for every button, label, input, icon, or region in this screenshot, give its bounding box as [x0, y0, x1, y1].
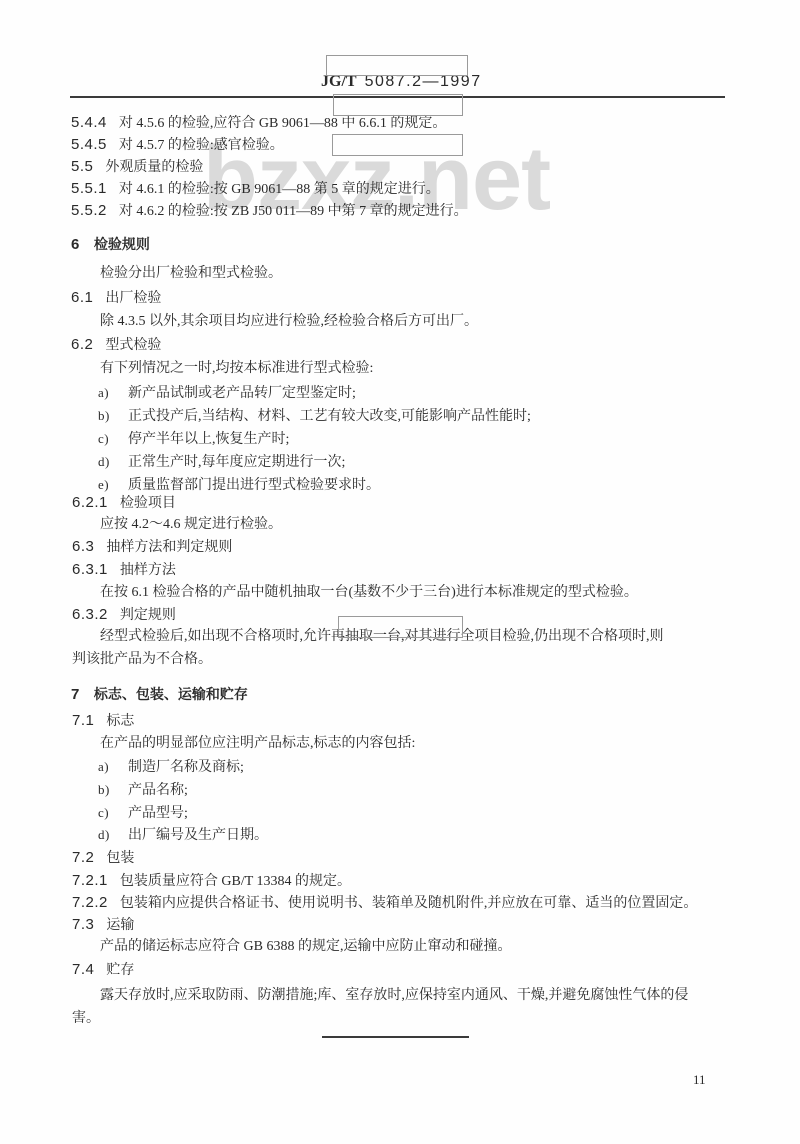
clause-text: 贮存	[106, 963, 134, 978]
paragraph: 产品的储运标志应符合 GB 6388 的规定,运输中应防止窜动和碰撞。	[100, 938, 511, 956]
clause-text: 对 4.6.1 的检验:按 GB 9061—88 第 5 章的规定进行。	[119, 182, 440, 197]
clause-7-1: 7.1标志	[72, 712, 134, 731]
clause-text: 抽样方法和判定规则	[106, 540, 232, 555]
clause-text: 对 4.6.2 的检验:按 ZB J50 011—89 中第 7 章的规定进行。	[119, 204, 468, 219]
document-page: bzxz.net JG/T5087.2—1997 5.4.4对 4.5.6 的检…	[0, 0, 800, 1144]
list-item: a)制造厂名称及商标;	[98, 758, 244, 777]
list-item: b)正式投产后,当结构、材料、工艺有较大改变,可能影响产品性能时;	[98, 407, 531, 426]
list-text: 停产半年以上,恢复生产时;	[128, 432, 289, 447]
clause-7-3: 7.3运输	[72, 916, 134, 935]
clause-5-4-5: 5.4.5对 4.5.7 的检验:感官检验。	[71, 136, 284, 155]
list-marker: b)	[98, 781, 128, 799]
clause-6-2-1: 6.2.1检验项目	[72, 494, 176, 513]
clause-number: 6.3.1	[72, 561, 108, 578]
list-text: 产品名称;	[128, 783, 188, 798]
chapter-number: 6	[71, 236, 80, 253]
clause-number: 5.5	[71, 158, 93, 175]
clause-number: 7.2	[72, 849, 94, 866]
clause-7-2: 7.2包装	[72, 849, 134, 868]
clause-7-2-1: 7.2.1包装质量应符合 GB/T 13384 的规定。	[72, 872, 351, 891]
clause-number: 6.3	[72, 538, 94, 555]
list-text: 正常生产时,每年度应定期进行一次;	[128, 455, 345, 470]
clause-text: 型式检验	[105, 338, 161, 353]
chapter-6-heading: 6检验规则	[71, 236, 150, 255]
clause-number: 6.1	[71, 289, 93, 306]
list-item: c)产品型号;	[98, 804, 188, 823]
paragraph: 除 4.3.5 以外,其余项目均应进行检验,经检验合格后方可出厂。	[100, 313, 478, 331]
clause-5-5-1: 5.5.1对 4.6.1 的检验:按 GB 9061—88 第 5 章的规定进行…	[71, 180, 440, 199]
list-item: a)新产品试制或老产品转厂定型鉴定时;	[98, 384, 356, 403]
list-text: 出厂编号及生产日期。	[128, 828, 268, 843]
paragraph: 在产品的明显部位应注明产品标志,标志的内容包括:	[100, 735, 415, 753]
clause-text: 标志	[106, 714, 134, 729]
clause-text: 抽样方法	[120, 563, 176, 578]
clause-5-5-2: 5.5.2对 4.6.2 的检验:按 ZB J50 011—89 中第 7 章的…	[71, 202, 468, 221]
clause-text: 运输	[106, 918, 134, 933]
clause-6-2: 6.2型式检验	[71, 336, 161, 355]
list-text: 制造厂名称及商标;	[128, 760, 244, 775]
clause-number: 7.1	[72, 712, 94, 729]
paragraph: 露天存放时,应采取防雨、防潮措施;库、室存放时,应保持室内通风、干燥,并避免腐蚀…	[100, 987, 688, 1005]
clause-6-3-2: 6.3.2判定规则	[72, 606, 176, 625]
list-text: 新产品试制或老产品转厂定型鉴定时;	[128, 386, 356, 401]
clause-text: 对 4.5.6 的检验,应符合 GB 9061—88 中 6.6.1 的规定。	[119, 116, 446, 131]
clause-text: 外观质量的检验	[105, 160, 203, 175]
clause-text: 包装质量应符合 GB/T 13384 的规定。	[120, 874, 351, 889]
list-marker: a)	[98, 384, 128, 402]
clause-text: 包装	[106, 851, 134, 866]
paragraph: 在按 6.1 检验合格的产品中随机抽取一台(基数不少于三台)进行本标准规定的型式…	[100, 584, 638, 602]
clause-number: 5.4.5	[71, 136, 107, 153]
paragraph: 有下列情况之一时,均按本标准进行型式检验:	[100, 360, 373, 378]
list-marker: c)	[98, 430, 128, 448]
clause-5-5: 5.5外观质量的检验	[71, 158, 203, 177]
chapter-7-heading: 7标志、包装、运输和贮存	[71, 686, 248, 705]
paragraph-continuation: 判该批产品为不合格。	[72, 651, 212, 669]
clause-6-3-1: 6.3.1抽样方法	[72, 561, 176, 580]
list-marker: e)	[98, 476, 128, 494]
list-text: 质量监督部门提出进行型式检验要求时。	[128, 478, 380, 493]
clause-number: 6.2	[71, 336, 93, 353]
list-marker: d)	[98, 453, 128, 471]
list-text: 正式投产后,当结构、材料、工艺有较大改变,可能影响产品性能时;	[128, 409, 531, 424]
clause-5-4-4: 5.4.4对 4.5.6 的检验,应符合 GB 9061—88 中 6.6.1 …	[71, 114, 446, 133]
clause-6-3: 6.3抽样方法和判定规则	[72, 538, 232, 557]
clause-6-1: 6.1出厂检验	[71, 289, 161, 308]
page-number: 11	[693, 1072, 706, 1088]
chapter-number: 7	[71, 686, 80, 703]
clause-number: 6.3.2	[72, 606, 108, 623]
list-item: d)正常生产时,每年度应定期进行一次;	[98, 453, 345, 472]
clause-text: 对 4.5.7 的检验:感官检验。	[119, 138, 284, 153]
clause-7-2-2: 7.2.2包装箱内应提供合格证书、使用说明书、装箱单及随机附件,并应放在可靠、适…	[72, 894, 697, 913]
list-marker: b)	[98, 407, 128, 425]
list-marker: d)	[98, 826, 128, 844]
clause-number: 5.4.4	[71, 114, 107, 131]
clause-number: 7.2.1	[72, 872, 108, 889]
chapter-title: 标志、包装、运输和贮存	[94, 688, 248, 703]
clause-number: 5.5.1	[71, 180, 107, 197]
clause-7-4: 7.4贮存	[72, 961, 134, 980]
paragraph: 检验分出厂检验和型式检验。	[100, 265, 282, 283]
clause-text: 检验项目	[120, 496, 176, 511]
list-item: b)产品名称;	[98, 781, 188, 800]
clause-text: 判定规则	[120, 608, 176, 623]
redaction-box	[333, 94, 463, 116]
clause-text: 包装箱内应提供合格证书、使用说明书、装箱单及随机附件,并应放在可靠、适当的位置固…	[120, 896, 698, 911]
list-marker: c)	[98, 804, 128, 822]
list-item: d)出厂编号及生产日期。	[98, 826, 268, 845]
list-marker: a)	[98, 758, 128, 776]
paragraph-continuation: 害。	[72, 1010, 100, 1028]
redaction-box	[338, 616, 463, 638]
chapter-title: 检验规则	[94, 238, 150, 253]
list-item: e)质量监督部门提出进行型式检验要求时。	[98, 476, 380, 495]
clause-text: 出厂检验	[105, 291, 161, 306]
list-item: c)停产半年以上,恢复生产时;	[98, 430, 289, 449]
clause-number: 7.3	[72, 916, 94, 933]
redaction-box	[332, 134, 463, 156]
list-text: 产品型号;	[128, 806, 188, 821]
paragraph: 应按 4.2～4.6 规定进行检验。	[100, 516, 282, 534]
end-rule	[322, 1036, 469, 1038]
clause-number: 7.2.2	[72, 894, 108, 911]
clause-number: 5.5.2	[71, 202, 107, 219]
clause-number: 7.4	[72, 961, 94, 978]
clause-number: 6.2.1	[72, 494, 108, 511]
redaction-box	[326, 55, 468, 76]
